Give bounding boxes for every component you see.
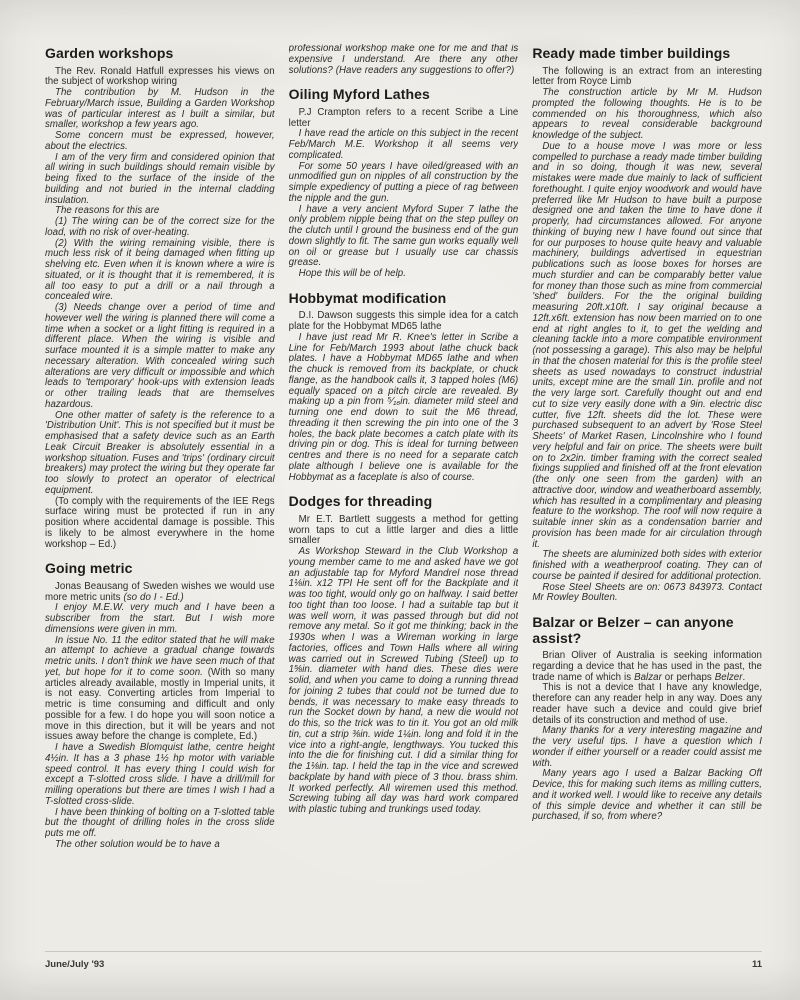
paragraph: (1) The wiring can be of the correct siz…: [45, 217, 275, 239]
text-run: I am of the very firm and considered opi…: [45, 152, 275, 206]
text-run: I have a Swedish Blomquist lathe, centre…: [45, 742, 275, 807]
text-run: or perhaps: [662, 672, 715, 683]
text-run: D.I. Dawson suggests this simple idea fo…: [289, 310, 519, 332]
text-run: Some concern must be expressed, however,…: [45, 130, 275, 152]
page-number: 11: [752, 959, 762, 970]
page-footer: June/July '93 11: [45, 951, 762, 970]
paragraph: I have just read Mr R. Knee's letter in …: [289, 333, 519, 484]
text-run: (To comply with the requirements of the …: [45, 496, 275, 550]
paragraph: (3) Needs change over a period of time a…: [45, 303, 275, 411]
section-heading: Garden workshops: [45, 46, 275, 62]
paragraph: I have a Swedish Blomquist lathe, centre…: [45, 743, 275, 808]
text-run: Many thanks for a very interesting magaz…: [532, 725, 762, 768]
text-run: I have just read Mr R. Knee's letter in …: [289, 332, 519, 483]
section-heading: Dodges for threading: [289, 494, 519, 510]
paragraph: D.I. Dawson suggests this simple idea fo…: [289, 311, 519, 333]
text-run: Due to a house move I was more or less c…: [532, 141, 762, 550]
paragraph: I enjoy M.E.W. very much and I have been…: [45, 603, 275, 635]
paragraph: I am of the very firm and considered opi…: [45, 153, 275, 207]
paragraph: For some 50 years I have oiled/greased w…: [289, 162, 519, 205]
section-heading: Ready made timber buildings: [532, 46, 762, 62]
text-run: (2) With the wiring remaining visible, t…: [45, 238, 275, 303]
paragraph: This is not a device that I have any kno…: [532, 683, 762, 726]
text-run: (With so many articles already available…: [45, 667, 275, 743]
paragraph: Brian Oliver of Australia is seeking inf…: [532, 651, 762, 683]
paragraph: Many thanks for a very interesting magaz…: [532, 726, 762, 769]
paragraph: professional workshop make one for me an…: [289, 44, 519, 76]
paragraph: Due to a house move I was more or less c…: [532, 142, 762, 551]
text-run: P.J Crampton refers to a recent Scribe a…: [289, 107, 519, 129]
paragraph: Mr E.T. Bartlett suggests a method for g…: [289, 515, 519, 547]
text-run: professional workshop make one for me an…: [289, 44, 519, 76]
text-run: I enjoy M.E.W. very much and I have been…: [45, 602, 275, 635]
text-run: (1) The wiring can be of the correct siz…: [45, 216, 275, 238]
text-run: Balzar: [634, 672, 662, 683]
text-run: Many years ago I used a Balzar Backing O…: [532, 768, 762, 822]
text-run: (3) Needs change over a period of time a…: [45, 302, 275, 410]
paragraph: I have a very ancient Myford Super 7 lat…: [289, 205, 519, 270]
text-run: Mr E.T. Bartlett suggests a method for g…: [289, 514, 519, 547]
text-run: As Workshop Steward in the Club Workshop…: [289, 546, 519, 815]
paragraph: As Workshop Steward in the Club Workshop…: [289, 547, 519, 816]
text-run: I have been thinking of bolting on a T-s…: [45, 807, 275, 840]
paragraph: The sheets are aluminized both sides wit…: [532, 550, 762, 582]
text-run: This is not a device that I have any kno…: [532, 682, 762, 725]
text-run: Hope this will be of help.: [299, 268, 406, 279]
paragraph: The Rev. Ronald Hatfull expresses his vi…: [45, 67, 275, 89]
text-run: I have a very ancient Myford Super 7 lat…: [289, 204, 519, 269]
text-run: The Rev. Ronald Hatfull expresses his vi…: [45, 66, 275, 88]
section-heading: Balzar or Belzer – can anyone assist?: [532, 615, 762, 646]
text-run: I have read the article on this subject …: [289, 128, 519, 161]
section-heading: Hobbymat modification: [289, 291, 519, 307]
paragraph: Many years ago I used a Balzar Backing O…: [532, 769, 762, 823]
paragraph: The following is an extract from an inte…: [532, 67, 762, 89]
text-run: Belzer: [715, 672, 743, 683]
text-run: The following is an extract from an inte…: [532, 66, 762, 88]
paragraph: (To comply with the requirements of the …: [45, 497, 275, 551]
paragraph: Hope this will be of help.: [289, 269, 519, 280]
paragraph: The contribution by M. Hudson in the Feb…: [45, 88, 275, 131]
column-1: Garden workshopsThe Rev. Ronald Hatfull …: [45, 44, 275, 952]
section-heading: Going metric: [45, 561, 275, 577]
text-run: The contribution by M. Hudson in the Feb…: [45, 87, 275, 130]
paragraph: (2) With the wiring remaining visible, t…: [45, 239, 275, 304]
paragraph: The construction article by Mr M. Hudson…: [532, 88, 762, 142]
issue-date: June/July '93: [45, 959, 104, 970]
paragraph: I have read the article on this subject …: [289, 129, 519, 161]
paragraph: P.J Crampton refers to a recent Scribe a…: [289, 108, 519, 130]
text-run: (so do I - Ed.): [123, 592, 183, 603]
text-run: Rose Steel Sheets are on: 0673 843973. C…: [532, 582, 762, 604]
magazine-page: Garden workshopsThe Rev. Ronald Hatfull …: [0, 0, 800, 1000]
text-run: For some 50 years I have oiled/greased w…: [289, 161, 519, 204]
column-2: professional workshop make one for me an…: [289, 44, 519, 952]
paragraph: Some concern must be expressed, however,…: [45, 131, 275, 153]
text-run: The sheets are aluminized both sides wit…: [532, 549, 762, 582]
text-run: The construction article by Mr M. Hudson…: [532, 87, 762, 141]
section-heading: Oiling Myford Lathes: [289, 87, 519, 103]
paragraph: Jonas Beausang of Sweden wishes we would…: [45, 582, 275, 604]
paragraph: One other matter of safety is the refere…: [45, 411, 275, 497]
text-run: .: [743, 672, 746, 683]
paragraph: In issue No. 11 the editor stated that h…: [45, 636, 275, 744]
text-run: The reasons for this are: [55, 205, 159, 216]
paragraph: I have been thinking of bolting on a T-s…: [45, 808, 275, 840]
paragraph: The other solution would be to have a: [45, 840, 275, 851]
text-run: The other solution would be to have a: [55, 839, 220, 850]
paragraph: Rose Steel Sheets are on: 0673 843973. C…: [532, 583, 762, 605]
article-columns: Garden workshopsThe Rev. Ronald Hatfull …: [45, 44, 762, 952]
text-run: One other matter of safety is the refere…: [45, 410, 275, 496]
column-3: Ready made timber buildingsThe following…: [532, 44, 762, 952]
